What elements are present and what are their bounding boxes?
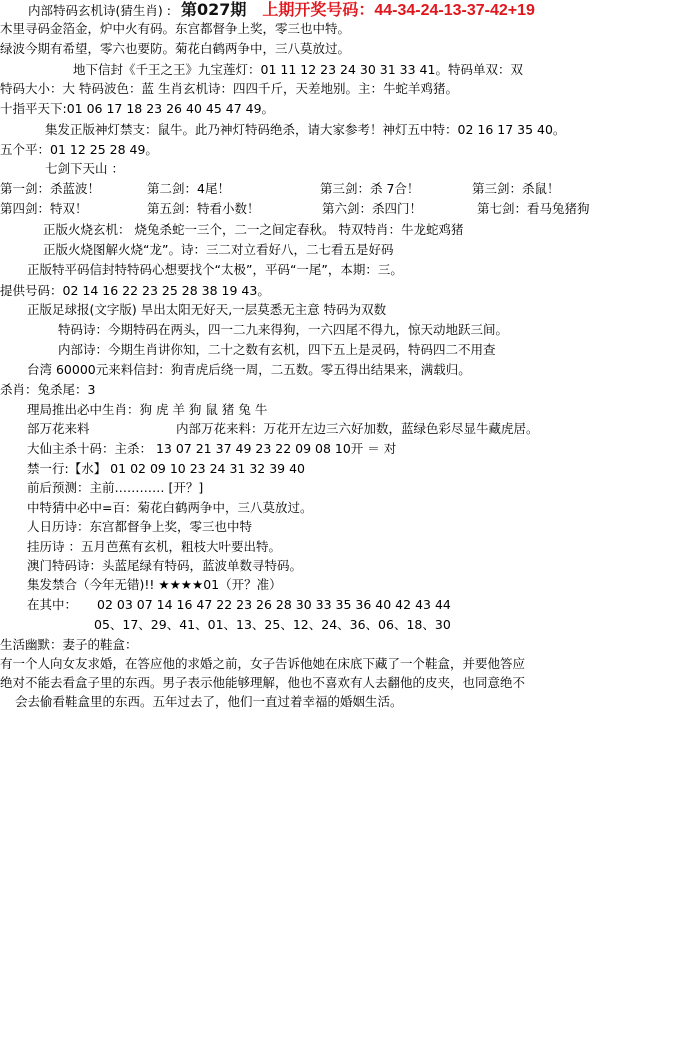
provided-numbers: 提供号码：02 14 16 22 23 25 28 38 19 43。 (0, 282, 270, 300)
inner-poem: 内部诗：今期生肖讲你知，二十之数有玄机，四下五上是灵码，特码四二不用查 (58, 341, 496, 359)
fire-line-1: 正版火烧玄机： 烧兔杀蛇一三个，二一之间定春秋。 特双特肖：牛龙蛇鸡猪 (43, 221, 463, 239)
sword-item: 第三剑：杀 7合！ (320, 180, 419, 198)
among-label: 在其中： (27, 596, 77, 614)
sword-item: 第四剑：特双！ (0, 200, 88, 218)
sword-item: 第二剑：4尾！ (147, 180, 230, 198)
logic-line: 理局推出必中生肖：狗 虎 羊 狗 鼠 猪 兔 牛 (27, 401, 267, 419)
daxian-line: 大仙主杀十码：主杀： 13 07 21 37 49 23 22 09 08 10… (27, 440, 396, 458)
lamp-line: 集发正版神灯禁支：鼠牛。此乃神灯特码绝杀，请大家参考！神灯五中特：02 16 1… (45, 121, 565, 139)
macau-line: 澳门特码诗：头蓝尾绿有特码，蓝波单数寻特码。 (27, 557, 302, 575)
period-number: 第027期 (181, 0, 246, 19)
flowers-label: 部万花来料 (27, 420, 90, 438)
taiwan-line: 台湾 60000元来料信封：狗青虎后绕一周，二五数。零五得出结果来，满载归。 (27, 361, 471, 379)
among-numbers-2: 05、17、29、41、01、13、25、12、24、36、06、18、30 (94, 616, 451, 634)
jifa-line: 集发禁合（今年无错)!! ★★★★01（开？准） (27, 576, 282, 594)
flat-code-line: 正版特平码信封特特码心想要找个“太极”，平码“一尾”，本期：三。 (27, 261, 403, 279)
sword-item: 第七剑：看马兔猪狗 (477, 200, 590, 218)
guess-line: 中特猜中必中=百：菊花白鹤两争中，三八莫放过。 (27, 499, 312, 517)
kill-line: 杀肖：兔杀尾：3 (0, 381, 95, 399)
poem-line-1: 木里寻码金箔金，炉中火有码。东宫都督争上奖，零三也中特。 (0, 20, 350, 38)
sword-item: 第三剑：杀鼠！ (472, 180, 560, 198)
ten-fingers-line: 十指平天下:01 06 17 18 23 26 40 45 47 49。 (0, 100, 274, 118)
last-draw-numbers: 44-34-24-13-37-42+19 (374, 2, 535, 19)
humor-title: 生活幽默：妻子的鞋盒： (0, 636, 138, 654)
football-line: 正版足球报(文字版) 旱出太阳无好天,一层莫悉无主意 特码为双数 (27, 301, 386, 319)
sword-item: 第六剑：杀四门！ (322, 200, 422, 218)
five-flat-line: 五个平：01 12 25 28 49。 (0, 141, 158, 159)
humor-paragraph-2: 绝对不能去看盒子里的东西。男子表示他能够理解，他也不喜欢有人去翻他的皮夹，也同意… (0, 674, 525, 692)
flowers-line: 内部万花来料：万花开左边三六好加数，蓝绿色彩尽显牛藏虎居。 (176, 420, 539, 438)
seven-swords-title: 七剑下天山 ： (45, 160, 124, 178)
poem-line-2: 绿波今期有希望，零六也要防。菊花白鹤两争中，三八莫放过。 (0, 40, 350, 58)
humor-paragraph-3: 会去偷看鞋盒里的东西。五年过去了，他们一直过着幸福的婚姻生活。 (15, 693, 403, 711)
header: 内部特码玄机诗(猜生肖) : 第027期 上期开奖号码：44-34-24-13-… (28, 0, 535, 22)
size-color-line: 特码大小：大 特码波色：蓝 生肖玄机诗：四四千斤，天差地别。主：牛蛇羊鸡猪。 (0, 80, 458, 98)
fire-line-2: 正版火烧图解火烧“龙”。诗：三二对立看好八，二七看五是好码 (43, 241, 393, 259)
calendar-line: 挂历诗 ：五月芭蕉有玄机，粗枝大叶要出特。 (27, 538, 281, 556)
humor-paragraph-1: 有一个人向女友求婚，在答应他的求婚之前，女子告诉他她在床底下藏了一个鞋盒，并要他… (0, 655, 525, 673)
last-draw-label: 上期开奖号码： (262, 2, 374, 19)
ban-line: 禁一行:【水】 01 02 09 10 23 24 31 32 39 40 (27, 460, 305, 478)
sword-item: 第五剑：特看小数！ (147, 200, 260, 218)
special-poem: 特码诗：今期特码在两头，四一二九来得狗，一六四尾不得九，惊天动地跃三间。 (58, 321, 508, 339)
among-numbers: 02 03 07 14 16 47 22 23 26 28 30 33 35 3… (97, 596, 451, 614)
sword-item: 第一剑：杀蓝波！ (0, 180, 100, 198)
underground-envelope: 地下信封《千王之王》九宝莲灯：01 11 12 23 24 30 31 33 4… (73, 61, 523, 79)
header-title: 内部特码玄机诗(猜生肖) : (28, 3, 171, 18)
human-day-line: 人日历诗：东宫都督争上奖，零三也中特 (27, 518, 252, 536)
predict-line: 前后预测：主前………… [开？] (27, 479, 203, 497)
